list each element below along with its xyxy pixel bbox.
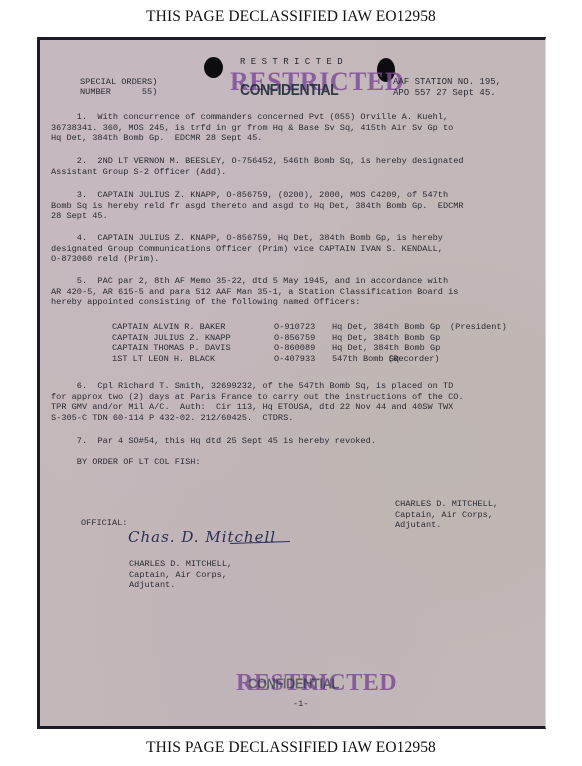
confidential-stamp-top: CONFIDENTIAL (240, 80, 338, 98)
special-orders-label: SPECIAL ORDERS) (80, 77, 157, 88)
classification-typed: R E S T R I C T E D (240, 57, 343, 68)
paragraph-6: 6. Cpl Richard T. Smith, 32699232, of th… (51, 381, 464, 423)
station-line: AAF STATION NO. 195, (393, 77, 501, 88)
paragraph-1: 1. With concurrence of commanders concer… (51, 112, 453, 144)
roster-row: CAPTAIN THOMAS P. DAVIS O-860089 Hq Det,… (40, 343, 549, 354)
paragraph-2: 2. 2ND LT VERNON M. BEESLEY, O-756452, 5… (51, 156, 464, 177)
page-number: -1- (293, 699, 308, 710)
apo-date-line: APO 557 27 Sept 45. (393, 88, 496, 99)
paragraph-3: 3. CAPTAIN JULIUS Z. KNAPP, O-856759, (0… (51, 190, 464, 222)
orders-number: NUMBER 55) (80, 87, 157, 98)
handwritten-signature: Chas. D. Mitchell (128, 528, 276, 546)
roster-row: CAPTAIN ALVIN R. BAKER O-910723 Hq Det, … (40, 322, 549, 333)
declassified-banner-top: THIS PAGE DECLASSIFIED IAW EO12958 (0, 8, 582, 26)
declassified-banner-bottom: THIS PAGE DECLASSIFIED IAW EO12958 (0, 739, 582, 757)
official-label: OFFICIAL: (81, 518, 127, 529)
paragraph-7: 7. Par 4 SO#54, this Hq dtd 25 Sept 45 i… (51, 436, 376, 447)
signature-block-right: CHARLES D. MITCHELL, Captain, Air Corps,… (395, 499, 498, 531)
paragraph-4: 4. CAPTAIN JULIUS Z. KNAPP, O-856759, Hq… (51, 233, 443, 265)
board-roster: CAPTAIN ALVIN R. BAKER O-910723 Hq Det, … (40, 322, 549, 372)
official-signature-block: CHARLES D. MITCHELL, Captain, Air Corps,… (129, 559, 232, 591)
confidential-stamp-bottom: CONFIDENTIAL (248, 675, 339, 692)
roster-row: CAPTAIN JULIUS Z. KNAPP O-856759 Hq Det,… (40, 333, 549, 344)
document-page: R E S T R I C T E D RESTRICTED CONFIDENT… (37, 37, 546, 729)
punch-hole-left (204, 57, 223, 78)
by-order-line: BY ORDER OF LT COL FISH: (51, 457, 201, 468)
roster-row: 1ST LT LEON H. BLACK O-407933 547th Bomb… (40, 354, 549, 365)
paragraph-5: 5. PAC par 2, 8th AF Memo 35-22, dtd 5 M… (51, 276, 458, 308)
